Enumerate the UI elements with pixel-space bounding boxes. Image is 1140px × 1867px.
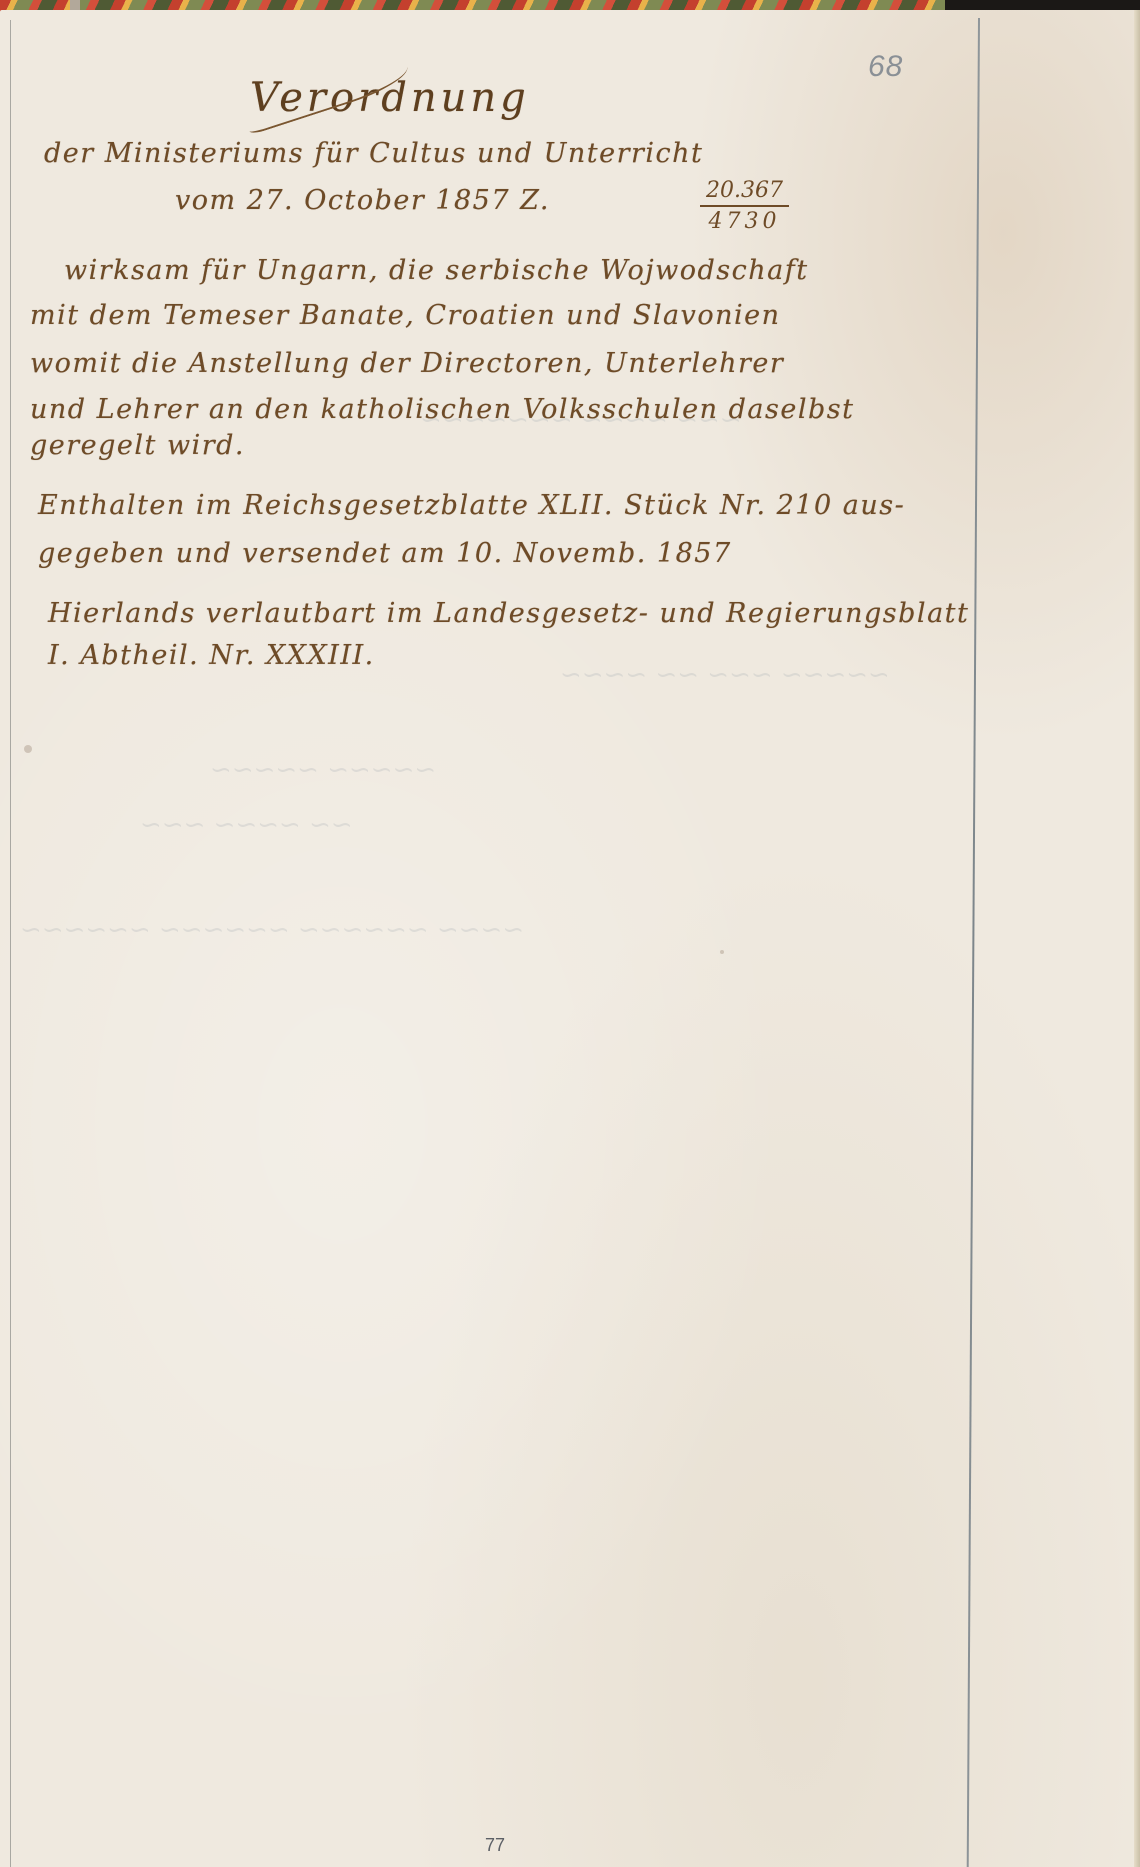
manuscript-line: I. Abtheil. Nr. XXXIII. bbox=[48, 640, 375, 671]
bleed-through-text: ​~~~~~ ~~~ ~~ ~~~~ bbox=[560, 660, 890, 690]
bleed-through-text: ​~~ ~~~~ ~~~ bbox=[140, 810, 353, 840]
bleed-through-text: ​~~~~ ~~~~~~ ~~~~~~ ~~~~~~ bbox=[20, 915, 524, 945]
reference-denominator: 4730 bbox=[708, 207, 780, 234]
reference-number: 20.367 4730 bbox=[700, 178, 789, 234]
manuscript-line: mit dem Temeser Banate, Croatien und Sla… bbox=[30, 300, 780, 331]
manuscript-line: und Lehrer an den katholischen Volksschu… bbox=[30, 394, 854, 425]
reference-numerator: 20.367 bbox=[700, 178, 789, 207]
folio-number: 68 bbox=[868, 50, 903, 84]
manuscript-line: gegeben und versendet am 10. Novemb. 185… bbox=[38, 538, 732, 569]
manuscript-line: vom 27. October 1857 Z. bbox=[175, 185, 550, 216]
page-edge bbox=[1134, 10, 1140, 1867]
manuscript-line: Enthalten im Reichsgesetzblatte XLII. St… bbox=[38, 490, 905, 521]
ink-spot bbox=[24, 745, 32, 753]
manuscript-page: 68 ​~~~ ~~~~ ~~~~~~~ ​~~~~~ ~~~ ~~ ~~~~ … bbox=[0, 10, 1140, 1867]
manuscript-line: Hierlands verlautbart im Landesgesetz- u… bbox=[48, 598, 969, 629]
ink-spot bbox=[720, 950, 724, 954]
page-number: 77 bbox=[485, 1835, 505, 1856]
left-edge-rule bbox=[10, 20, 11, 1867]
manuscript-line: womit die Anstellung der Directoren, Unt… bbox=[30, 348, 784, 379]
manuscript-line: der Ministeriums für Cultus und Unterric… bbox=[44, 138, 703, 169]
manuscript-line: geregelt wird. bbox=[30, 430, 245, 461]
margin-rule bbox=[967, 18, 980, 1867]
bleed-through-text: ​~~~~~ ~~~~~ bbox=[210, 755, 436, 785]
manuscript-line: wirksam für Ungarn, die serbische Wojwod… bbox=[64, 255, 809, 286]
